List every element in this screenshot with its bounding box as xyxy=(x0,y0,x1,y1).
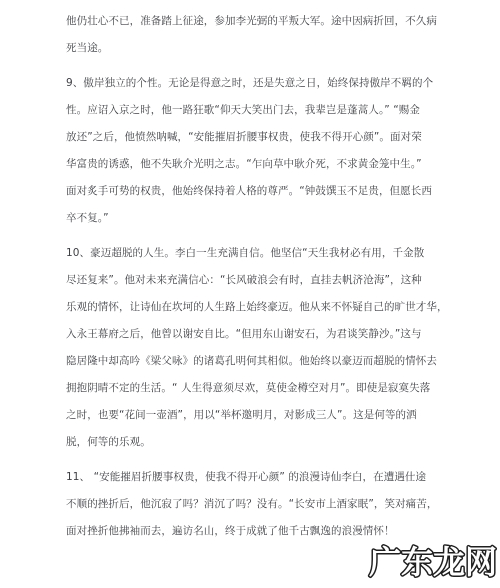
paragraph: 他仍壮心不已，准备踏上征途，参加李光弼的平叛大军。途中因病折回，不久病死当途。 xyxy=(66,8,450,62)
article-body: 他仍壮心不已，准备踏上征途，参加李光弼的平叛大军。途中因病折回，不久病死当途。9… xyxy=(66,8,450,553)
text-line: 乐观的情怀，让诗仙在坎坷的人生路上始终豪迈。他从来不怀疑自己的旷世才华， xyxy=(66,294,450,321)
text-line: 他仍壮心不已，准备踏上征途，参加李光弼的平叛大军。途中因病折回，不久病 xyxy=(66,8,450,35)
text-line: 隐居隆中却高吟《梁父咏》的诸葛孔明何其相似。他始终以豪迈而超脱的情怀去 xyxy=(66,348,450,375)
site-watermark: 广东龙网 xyxy=(366,534,500,586)
text-line: 脱，何等的乐观。 xyxy=(66,429,450,456)
paragraph: 9、傲岸独立的个性。无论是得意之时，还是失意之日，始终保持傲岸不羁的个性。应诏入… xyxy=(66,70,450,232)
text-line: 华富贵的诱惑，他不失耿介光明之志。“乍向草中耿介死，不求黄金笼中生。” xyxy=(66,151,450,178)
watermark-text: 广东龙网 xyxy=(369,543,497,581)
text-line: 之时，也要“花间一壶酒”，用以“举杯邀明月，对影成三人”。这是何等的洒 xyxy=(66,402,450,429)
text-line: 入永王幕府之后，他曾以谢安自比。“但用东山谢安石，为君谈笑静沙。”这与 xyxy=(66,321,450,348)
watermark-logo: 广东龙网 xyxy=(366,534,500,586)
text-line: 性。应诏入京之时，他一路狂歌“仰天大笑出门去，我辈岂是蓬蒿人。” “赐金 xyxy=(66,97,450,124)
text-line: 死当途。 xyxy=(66,35,450,62)
text-line: 面对炙手可势的权贵，他始终保持着人格的尊严。“钟鼓馔玉不足贵，但愿长西 xyxy=(66,178,450,205)
text-line: 10、豪迈超脱的人生。李白一生充满自信。他坚信“天生我材必有用，千金散 xyxy=(66,240,450,267)
paragraph: 11、 “安能摧眉折腰事权贵，使我不得开心颜” 的浪漫诗仙李白，在遭遇仕途不顺的… xyxy=(66,464,450,545)
text-line: 尽还复来”。他对未来充满信心：“长风破浪会有时，直挂去帆济沧海”，这种 xyxy=(66,267,450,294)
paragraph: 10、豪迈超脱的人生。李白一生充满自信。他坚信“天生我材必有用，千金散尽还复来”… xyxy=(66,240,450,456)
text-line: 不顺的挫折后，他沉寂了吗？消沉了吗？没有。“长安市上酒家眠”，笑对痛苦， xyxy=(66,491,450,518)
text-line: 卒不复。” xyxy=(66,205,450,232)
text-line: 拥抱阴晴不定的生活。“ 人生得意须尽欢，莫使金樽空对月”。即使是寂寞失落 xyxy=(66,375,450,402)
text-line: 放还”之后，他愤然呐喊，“安能摧眉折腰事权贵，使我不得开心颜”。面对荣 xyxy=(66,124,450,151)
text-line: 9、傲岸独立的个性。无论是得意之时，还是失意之日，始终保持傲岸不羁的个 xyxy=(66,70,450,97)
text-line: 11、 “安能摧眉折腰事权贵，使我不得开心颜” 的浪漫诗仙李白，在遭遇仕途 xyxy=(66,464,450,491)
